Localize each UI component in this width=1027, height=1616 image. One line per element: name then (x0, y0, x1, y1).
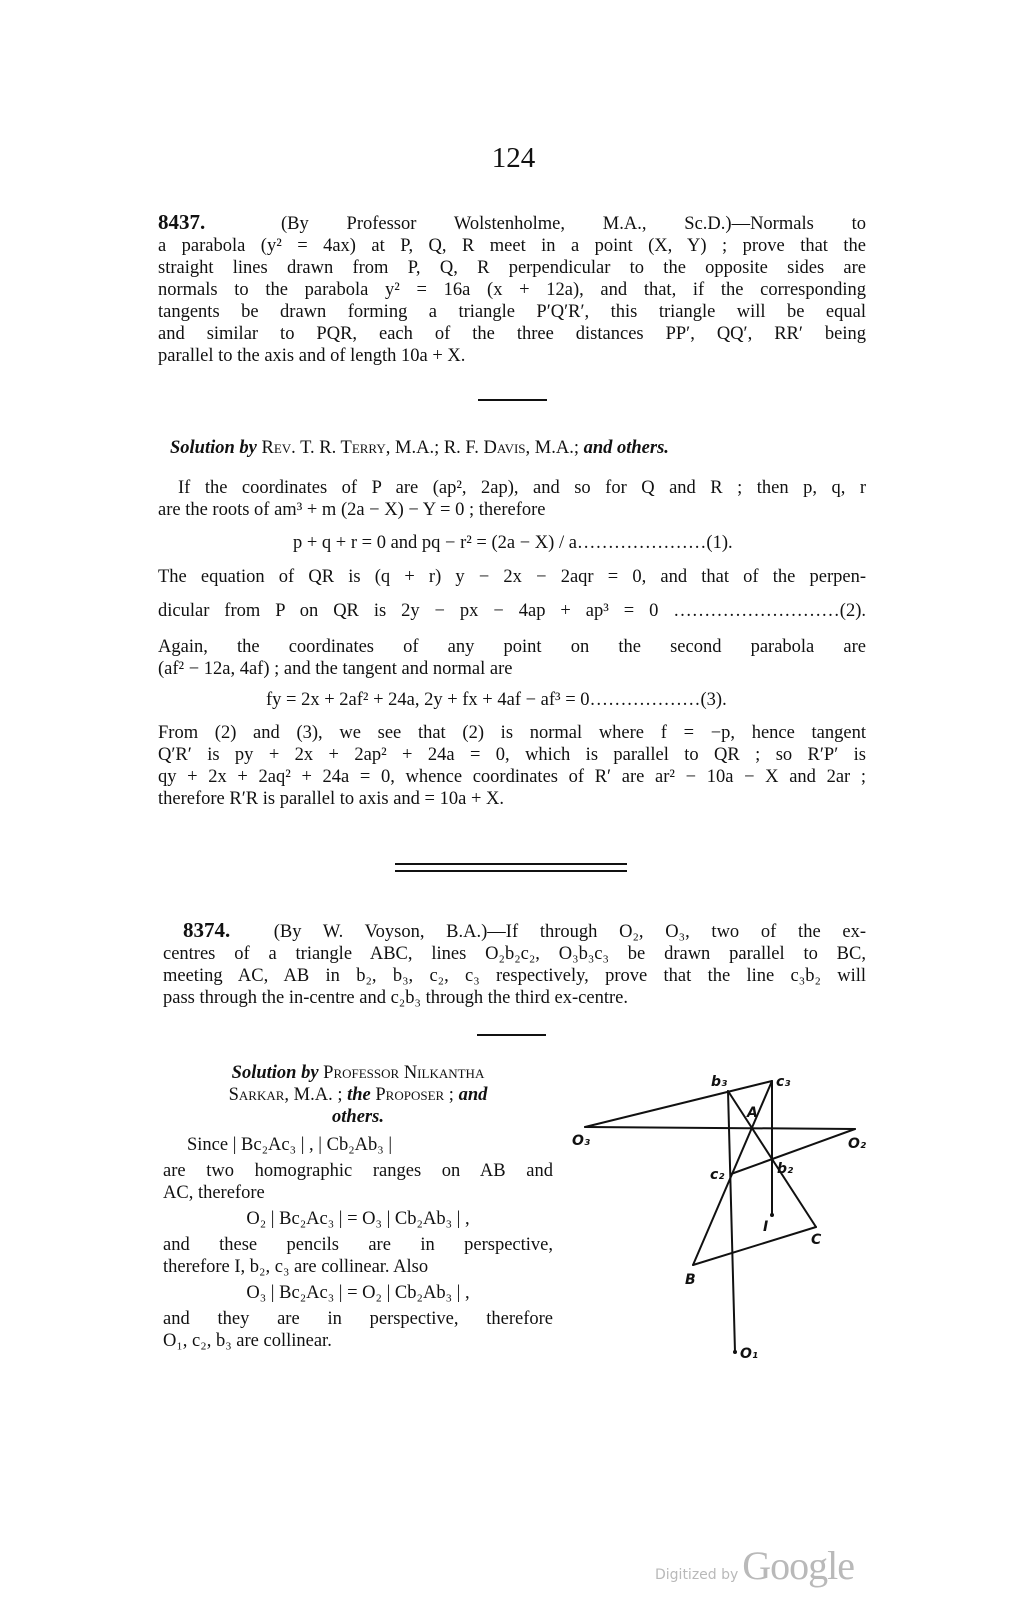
problem-line: tangents be drawn forming a triangle P′Q… (158, 301, 866, 323)
solution-body-8437-d: Again, the coordinates of any point on t… (158, 636, 866, 680)
solution-line: therefore I, b₂, c₃ are collinear. Also (163, 1256, 553, 1278)
solution-line: therefore R′R is parallel to axis and = … (158, 788, 866, 810)
excentre-o1-point (733, 1350, 737, 1354)
label-c3: c₃ (776, 1074, 790, 1090)
problem-line: parallel to the axis and of length 10a +… (158, 345, 866, 367)
solution-heading-line: Solution by Professor Nilkantha (163, 1062, 553, 1084)
line-b-c (693, 1227, 816, 1265)
solution-line: AC, therefore (163, 1182, 553, 1204)
solution-line: O₁, c₂, b₃ are collinear. (163, 1330, 553, 1352)
line-b3-c (728, 1091, 816, 1227)
section-divider (478, 399, 547, 401)
solution-line: (af² − 12a, 4af) ; and the tangent and n… (158, 658, 866, 680)
solution-heading-line: Sarkar, M.A. ; the Proposer ; and (163, 1084, 553, 1106)
label-c: C (811, 1232, 822, 1248)
google-logo-text: Google (742, 1543, 854, 1588)
label-i: I (763, 1219, 768, 1235)
problem-number: 8437. (158, 210, 205, 234)
solution-line: From (2) and (3), we see that (2) is nor… (158, 722, 866, 744)
solution-line: Q′R′ is py + 2x + 2ap² + 24a = 0, which … (158, 744, 866, 766)
watermark-prefix: Digitized by (655, 1567, 738, 1583)
solution-line: qy + 2x + 2aq² + 24a = 0, whence coordin… (158, 766, 866, 788)
label-c2: c₂ (710, 1167, 725, 1183)
problem-line: and similar to PQR, each of the three di… (158, 323, 866, 345)
solution-line: and they are in perspective, therefore (163, 1308, 553, 1330)
problem-line: 8437. (By Professor Wolstenholme, M.A., … (158, 211, 866, 235)
section-divider (477, 1034, 546, 1036)
label-o2: O₂ (848, 1136, 867, 1152)
problem-line: pass through the in-centre and c₂b₃ thro… (163, 987, 866, 1009)
problem-line: meeting AC, AB in b₂, b₃, c₂, c₃ respect… (163, 965, 866, 987)
problem-8374: 8374. (By W. Voyson, B.A.)—If through O₂… (163, 919, 866, 1009)
solution-line: dicular from P on QR is 2y − px − 4ap + … (158, 600, 866, 622)
line-c3-b (693, 1081, 772, 1265)
solution-line: are the roots of am³ + m (2a − X) − Y = … (158, 499, 866, 521)
solution-line: If the coordinates of P are (ap², 2ap), … (158, 477, 866, 499)
page-number: 124 (0, 142, 1027, 175)
problem-line: centres of a triangle ABC, lines O₂b₂c₂,… (163, 943, 866, 965)
label-b: B (685, 1272, 696, 1288)
problem-line: a parabola (y² = 4ax) at P, Q, R meet in… (158, 235, 866, 257)
solution-body-8437-c: dicular from P on QR is 2y − px − 4ap + … (158, 600, 866, 622)
problem-line: normals to the parabola y² = 16a (x + 12… (158, 279, 866, 301)
problem-number: 8374. (183, 918, 230, 942)
solution-heading-8437: Solution by Rev. T. R. Terry, M.A.; R. F… (170, 438, 669, 459)
problem-line: 8374. (By W. Voyson, B.A.)—If through O₂… (163, 919, 866, 943)
equation-1: p + q + r = 0 and pq − r² = (2a − X) / a… (293, 533, 866, 554)
solution-line: and these pencils are in perspective, (163, 1234, 553, 1256)
solution-line: Since | Bc₂Ac₃ | , | Cb₂Ab₃ | (163, 1134, 553, 1156)
label-o1: O₁ (740, 1346, 758, 1362)
line-o3-b3-c3 (585, 1081, 772, 1127)
double-rule-bottom (395, 870, 627, 872)
line-o3-o2 (585, 1127, 855, 1129)
problem-8437: 8437. (By Professor Wolstenholme, M.A., … (158, 211, 866, 367)
solution-body-8437-b: The equation of QR is (q + r) y − 2x − 2… (158, 566, 866, 588)
solution-equation: O₂ | Bc₂Ac₃ | = O₃ | Cb₂Ab₃ | , (163, 1208, 553, 1230)
digitized-by-google-watermark: Digitized by Google (655, 1542, 854, 1589)
solution-body-8437: If the coordinates of P are (ap², 2ap), … (158, 477, 866, 521)
solution-equation: O₃ | Bc₂Ac₃ | = O₂ | Cb₂Ab₃ | , (163, 1282, 553, 1304)
solution-line: Again, the coordinates of any point on t… (158, 636, 866, 658)
line-b3-o1 (728, 1091, 735, 1352)
double-rule-top (395, 863, 627, 865)
label-b3: b₃ (711, 1074, 727, 1090)
incentre-point (770, 1213, 774, 1217)
label-b2: b₂ (777, 1161, 794, 1177)
solution-heading-line: others. (163, 1106, 553, 1128)
equation-3: fy = 2x + 2af² + 24a, 2y + fx + 4af − af… (266, 690, 866, 711)
solution-line: are two homographic ranges on AB and (163, 1160, 553, 1182)
problem-line: straight lines drawn from P, Q, R perpen… (158, 257, 866, 279)
solution-8374: Solution by Professor Nilkantha Sarkar, … (163, 1062, 553, 1352)
label-a: A (746, 1105, 758, 1121)
solution-body-8437-e: From (2) and (3), we see that (2) is nor… (158, 722, 866, 810)
label-o3: O₃ (572, 1133, 590, 1149)
solution-line: The equation of QR is (q + r) y − 2x − 2… (158, 566, 866, 588)
line-o2-b2-c2 (731, 1129, 855, 1174)
